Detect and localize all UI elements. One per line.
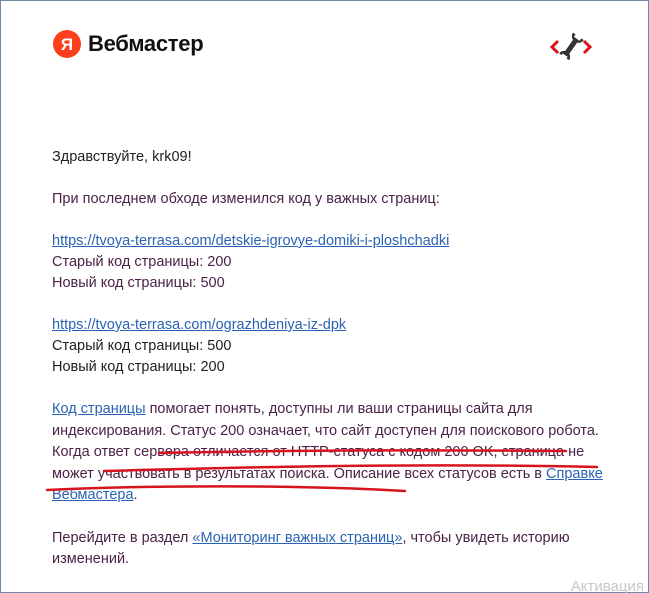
old-code: Старый код страницы: 500	[52, 336, 612, 357]
page-item: https://tvoya-terrasa.com/detskie-igrovy…	[52, 231, 612, 294]
page-url-link[interactable]: https://tvoya-terrasa.com/detskie-igrovy…	[52, 233, 449, 249]
new-code: Новый код страницы: 500	[52, 273, 612, 294]
page-url-link[interactable]: https://tvoya-terrasa.com/ograzhdeniya-i…	[52, 317, 346, 333]
page-code-link[interactable]: Код страницы	[52, 401, 146, 417]
monitoring-link[interactable]: «Мониторинг важных страниц»	[192, 530, 402, 546]
page-item: https://tvoya-terrasa.com/ograzhdeniya-i…	[52, 315, 612, 378]
footer-paragraph: Перейдите в раздел «Мониторинг важных ст…	[52, 528, 612, 571]
footer-text: Перейдите в раздел	[52, 530, 192, 546]
explanation-paragraph: Код страницы помогает понять, доступны л…	[52, 399, 612, 507]
yandex-webmaster-logo[interactable]: Я Вебмастер	[53, 30, 203, 58]
code-wrench-icon	[549, 31, 593, 63]
yandex-logo-icon: Я	[53, 30, 81, 58]
activation-watermark: Активация	[571, 578, 644, 593]
brand-name: Вебмастер	[88, 31, 203, 57]
email-frame: Я Вебмастер Здравствуйте, krk09! При пос…	[0, 0, 649, 593]
old-code: Старый код страницы: 200	[52, 252, 612, 273]
explanation-end: .	[134, 487, 138, 503]
email-body: Здравствуйте, krk09! При последнем обход…	[52, 147, 612, 571]
greeting: Здравствуйте, krk09!	[52, 147, 612, 168]
intro-text: При последнем обходе изменился код у важ…	[52, 189, 612, 210]
new-code: Новый код страницы: 200	[52, 357, 612, 378]
